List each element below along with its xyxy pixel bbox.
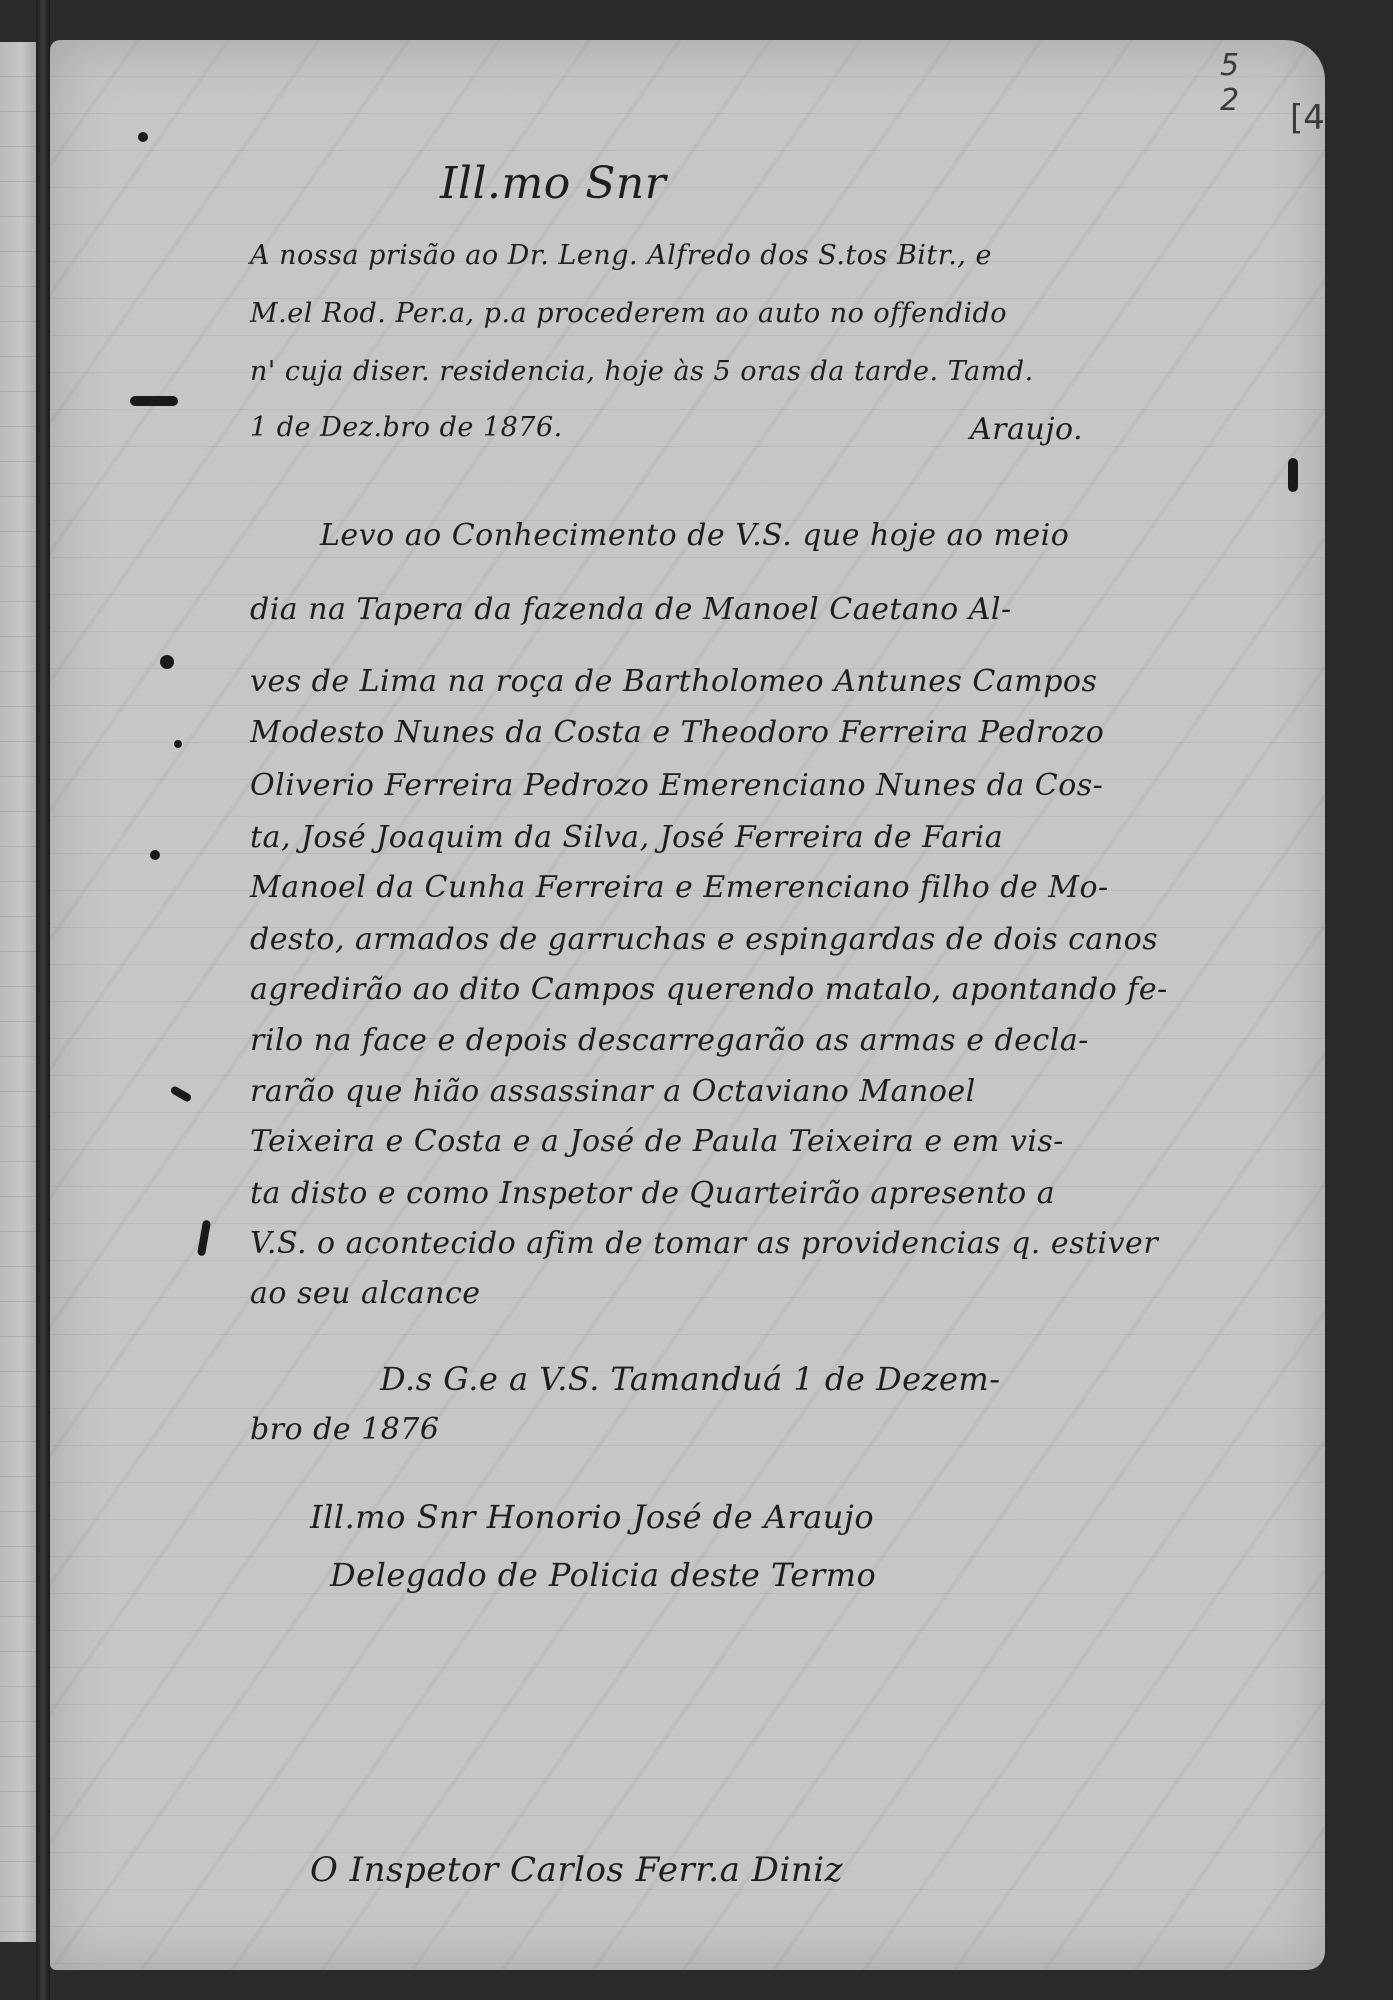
addressee-title: Delegado de Policia deste Termo — [330, 1556, 876, 1594]
body-line: Levo ao Conhecimento de V.S. que hoje ao… — [320, 518, 1069, 553]
ink-spot — [1288, 458, 1298, 492]
ink-spot — [150, 850, 160, 860]
addressee-line: Ill.mo Snr Honorio José de Araujo — [310, 1498, 874, 1536]
closing-date: bro de 1876 — [250, 1412, 439, 1447]
despacho-line: 1 de Dez.bro de 1876. — [250, 412, 563, 443]
body-line: Oliverio Ferreira Pedrozo Emerenciano Nu… — [250, 768, 1103, 803]
ink-spot — [130, 396, 178, 406]
ink-spot — [138, 132, 148, 142]
despacho-signature: Araujo. — [970, 412, 1083, 447]
previous-page-ruling — [0, 42, 36, 1942]
despacho-line: M.el Rod. Per.a, p.a procederem ao auto … — [250, 298, 1007, 329]
despacho-line: A nossa prisão ao Dr. Leng. Alfredo dos … — [250, 240, 992, 271]
body-line: dia na Tapera da fazenda de Manoel Caeta… — [250, 592, 1012, 627]
folio-number-bracketed: [4] — [1290, 98, 1325, 138]
ink-spot — [160, 655, 174, 669]
body-line: rilo na face e depois descarregarão as a… — [250, 1023, 1089, 1058]
body-line: Manoel da Cunha Ferreira e Emerenciano f… — [250, 870, 1109, 905]
body-line: ta, José Joaquim da Silva, José Ferreira… — [250, 820, 1003, 855]
body-line: ao seu alcance — [250, 1276, 481, 1311]
body-line: V.S. o acontecido afim de tomar as provi… — [250, 1226, 1158, 1261]
binding-gutter — [36, 0, 50, 2000]
manuscript-page: 5 2 [4] Ill.mo Snr A nossa prisão ao Dr.… — [50, 40, 1325, 1970]
body-line: ta disto e como Inspetor de Quarteirão a… — [250, 1176, 1055, 1211]
closing-line: D.s G.e a V.S. Tamanduá 1 de Dezem- — [380, 1360, 1001, 1398]
previous-page-edge — [0, 42, 36, 1942]
body-line: rarão que hião assassinar a Octaviano Ma… — [250, 1074, 976, 1109]
body-line: Modesto Nunes da Costa e Theodoro Ferrei… — [250, 715, 1104, 750]
ink-spot — [174, 740, 182, 748]
body-line: ves de Lima na roça de Bartholomeo Antun… — [250, 664, 1097, 699]
despacho-line: n' cuja diser. residencia, hoje às 5 ora… — [250, 356, 1034, 387]
body-line: Teixeira e Costa e a José de Paula Teixe… — [250, 1124, 1064, 1159]
body-line: agredirão ao dito Campos querendo matalo… — [250, 972, 1168, 1007]
body-line: desto, armados de garruchas e espingarda… — [250, 922, 1158, 957]
inspector-signature: O Inspetor Carlos Ferr.a Diniz — [310, 1850, 843, 1890]
despacho-salutation: Ill.mo Snr — [440, 158, 666, 209]
